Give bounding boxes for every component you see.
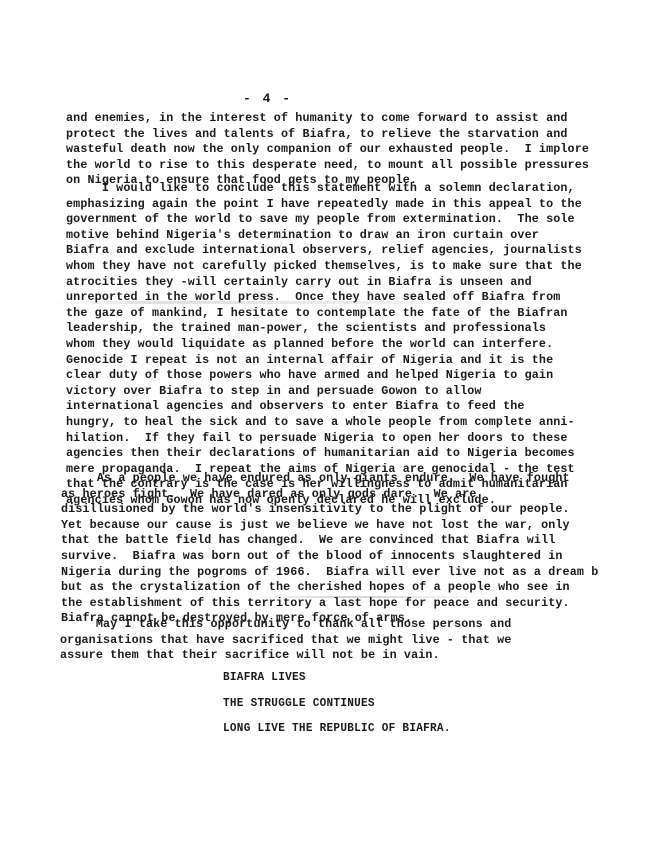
text-line: I would like to conclude this statement … <box>66 181 582 197</box>
text-line: the gaze of mankind, I hesitate to conte… <box>66 306 582 322</box>
text-line: whom they would liquidate as planned bef… <box>66 337 582 353</box>
text-line: and enemies, in the interest of humanity… <box>66 111 589 127</box>
closing-line-biafra-lives: BIAFRA LIVES <box>223 670 306 684</box>
text-line: whom they have not carefully picked them… <box>66 259 582 275</box>
paragraph-appeal: and enemies, in the interest of humanity… <box>66 111 589 189</box>
document-page: - 4 - and enemies, in the interest of hu… <box>0 0 655 843</box>
text-line: As a people we have endured as only gian… <box>61 471 598 487</box>
text-line: government of the world to save my peopl… <box>66 212 582 228</box>
text-line: as heroes fight. We have dared as only g… <box>61 487 598 503</box>
text-line: motive behind Nigeria's determination to… <box>66 228 582 244</box>
text-line: but as the crystalization of the cherish… <box>61 580 598 596</box>
text-line: assure them that their sacrifice will no… <box>60 648 511 664</box>
closing-line-long-live-republic: LONG LIVE THE REPUBLIC OF BIAFRA. <box>223 721 451 735</box>
text-line: wasteful death now the only companion of… <box>66 142 589 158</box>
text-line: protect the lives and talents of Biafra,… <box>66 127 589 143</box>
text-line: hilation. If they fail to persuade Niger… <box>66 431 582 447</box>
page-number: - 4 - <box>243 91 292 106</box>
text-line: international agencies and observers to … <box>66 399 582 415</box>
text-line: leadership, the trained man-power, the s… <box>66 321 582 337</box>
text-line: hungry, to heal the sick and to save a w… <box>66 415 582 431</box>
text-line: May I take this opportunity to thank all… <box>60 617 511 633</box>
text-line: the world to rise to this desperate need… <box>66 158 589 174</box>
text-line: survive. Biafra was born out of the bloo… <box>61 549 598 565</box>
text-line: agencies then their declarations of huma… <box>66 446 582 462</box>
text-line: Biafra and exclude international observe… <box>66 243 582 259</box>
text-line: clear duty of those powers who have arme… <box>66 368 582 384</box>
text-line: disillusioned by the world's insensitivi… <box>61 502 598 518</box>
text-line: Yet because our cause is just we believe… <box>61 518 598 534</box>
closing-line-struggle-continues: THE STRUGGLE CONTINUES <box>223 696 375 710</box>
paragraph-endurance: As a people we have endured as only gian… <box>61 471 598 627</box>
text-line: emphasizing again the point I have repea… <box>66 197 582 213</box>
text-line: organisations that have sacrificed that … <box>60 633 511 649</box>
paragraph-declaration: I would like to conclude this statement … <box>66 181 582 508</box>
text-line: Nigeria during the pogroms of 1966. Biaf… <box>61 565 598 581</box>
text-line: the establishment of this territory a la… <box>61 596 598 612</box>
text-line: unreported in the world press. Once they… <box>66 290 582 306</box>
paragraph-thanks: May I take this opportunity to thank all… <box>60 617 511 664</box>
text-line: that the battle field has changed. We ar… <box>61 533 598 549</box>
text-line: atrocities they -will certainly carry ou… <box>66 275 582 291</box>
text-line: Genocide I repeat is not an internal aff… <box>66 353 582 369</box>
text-line: victory over Biafra to step in and persu… <box>66 384 582 400</box>
